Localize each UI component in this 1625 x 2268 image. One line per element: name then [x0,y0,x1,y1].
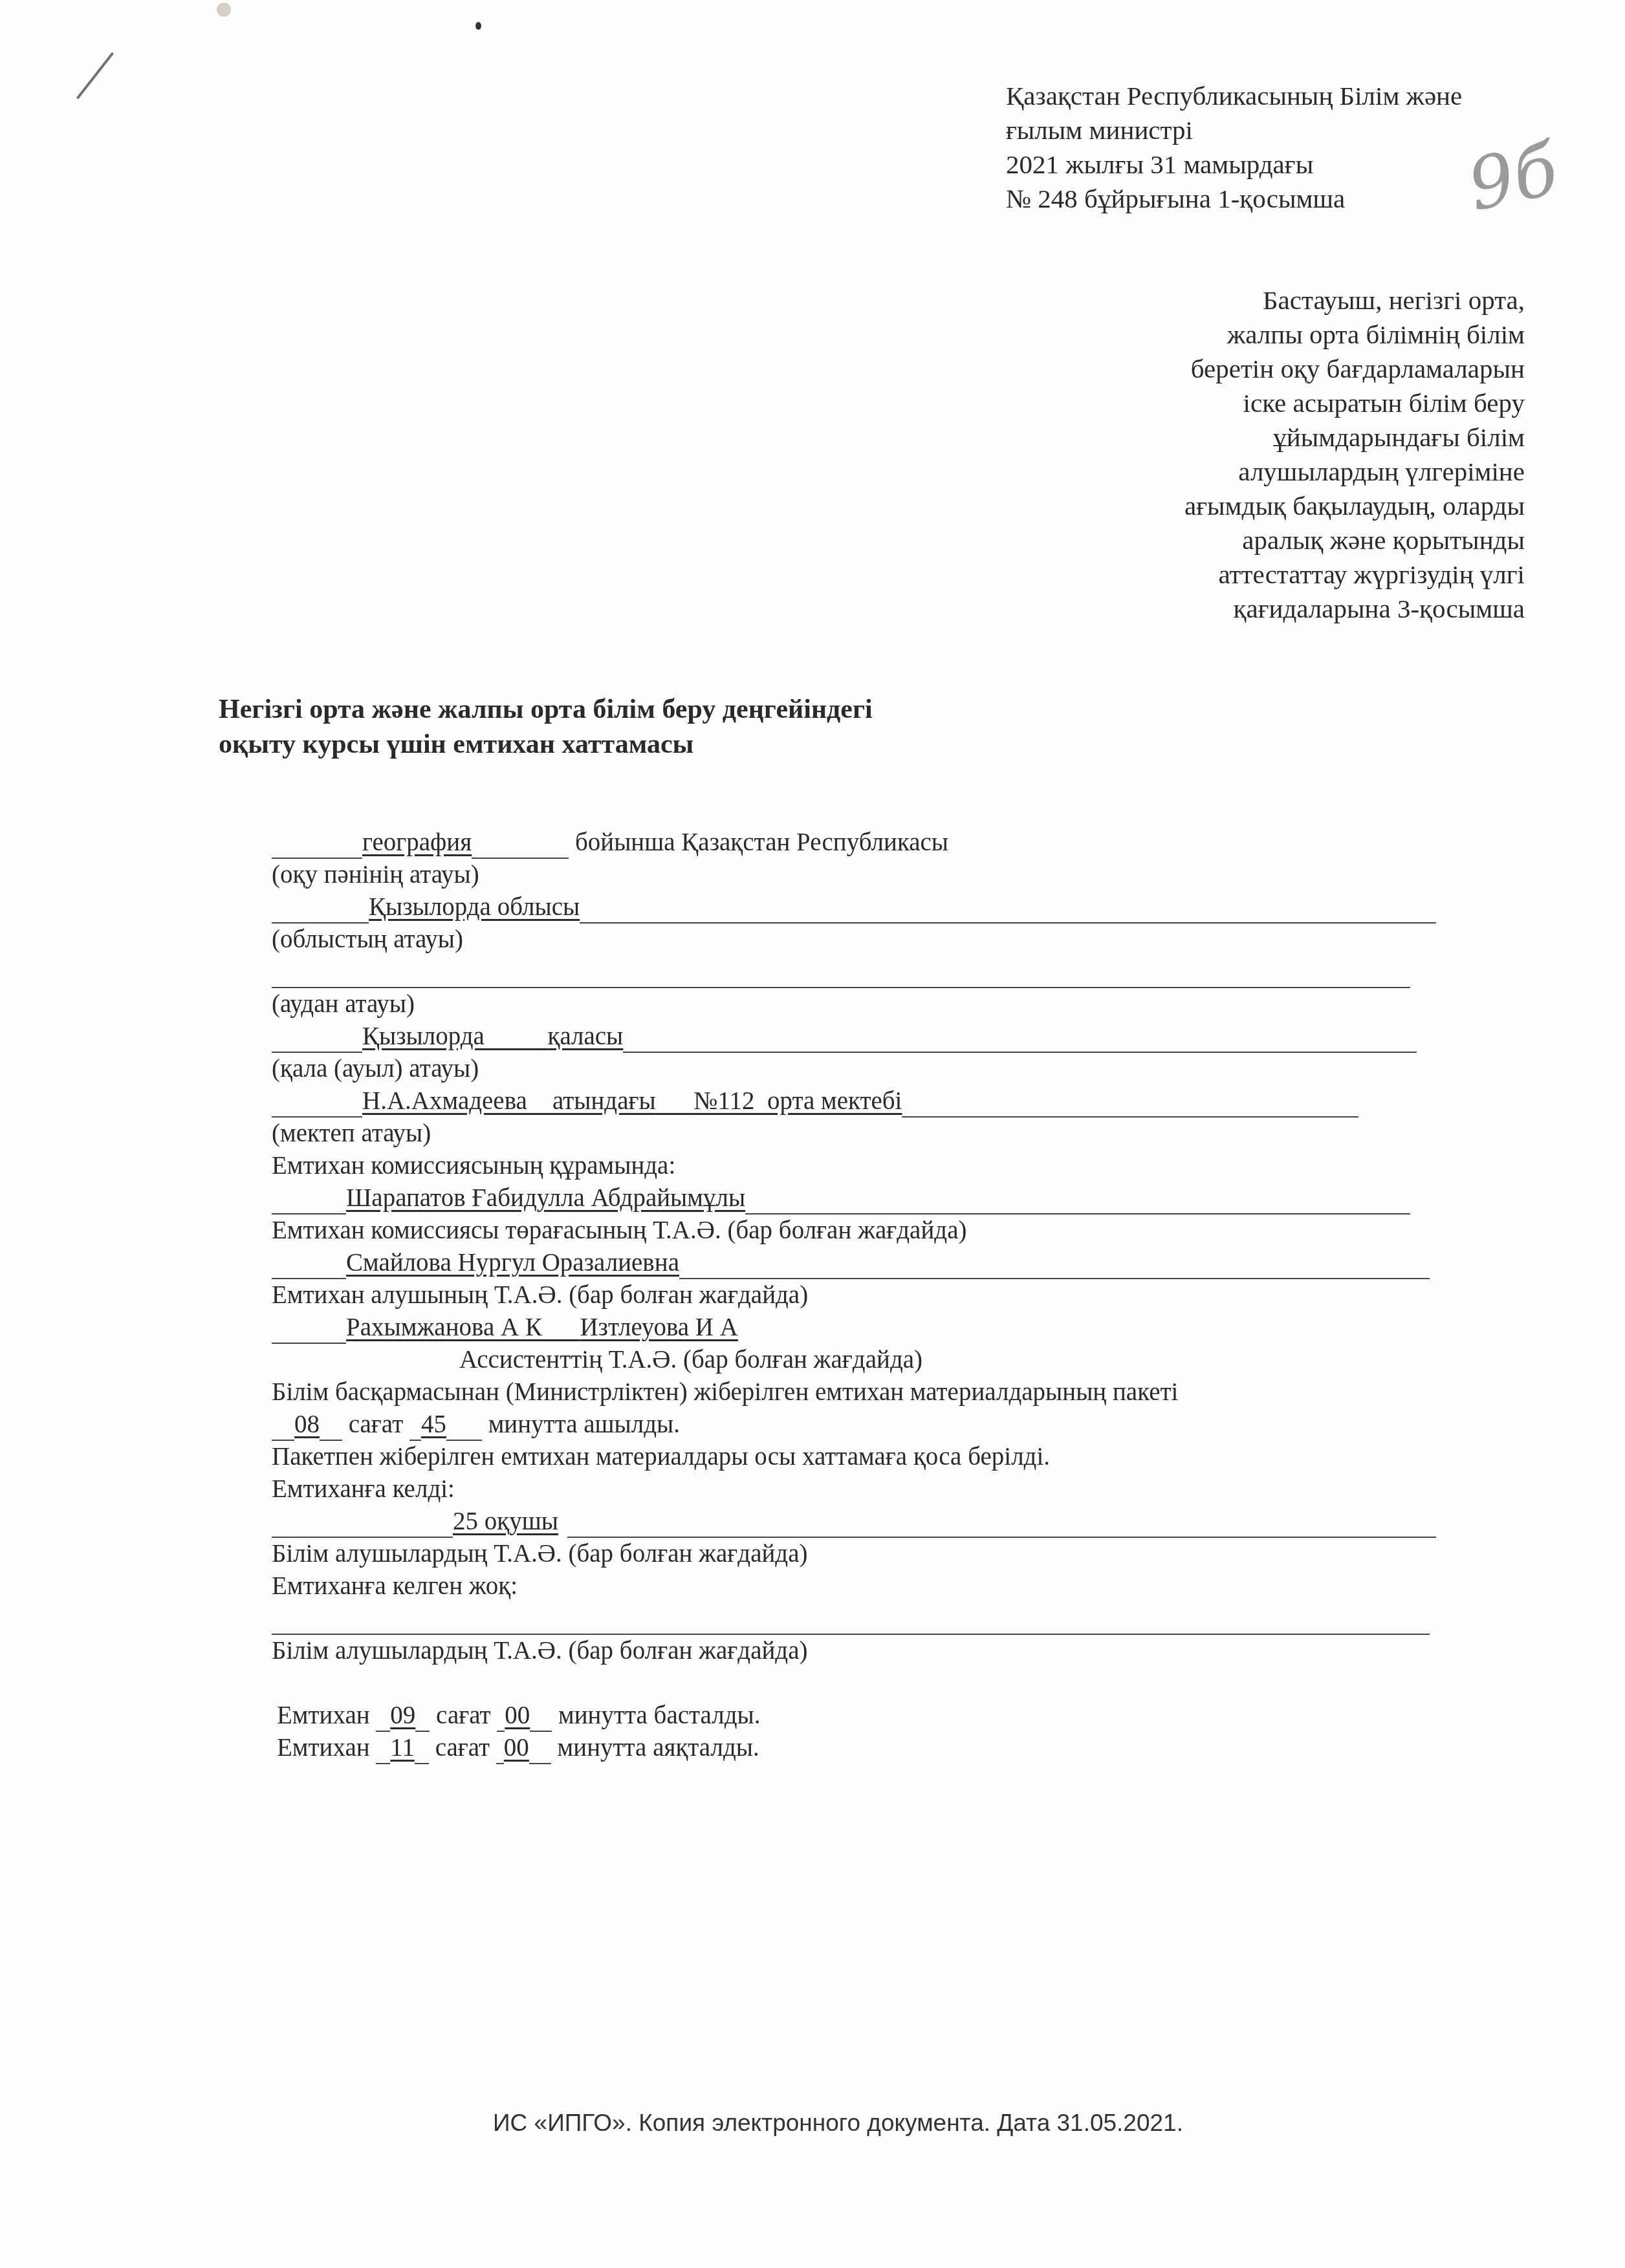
document-page: Қазақстан Республикасының Білім және ғыл… [0,0,1625,2268]
blank-line [272,1415,294,1441]
appendix-line: жалпы орта білімнің білім [1184,318,1525,352]
header-line: ғылым министрі [1006,113,1462,147]
blank-line [320,1415,342,1441]
blank-line [272,1189,346,1215]
chairman-label: Емтихан комиссиясы төрағасының Т.А.Ә. (б… [272,1215,1449,1247]
assistants-label: Ассистенттің Т.А.Ә. (бар болған жағдайда… [272,1344,1449,1376]
appendix-line: аралық және қорытынды [1184,523,1525,557]
appendix-line: аттестаттау жүргізудің үлгі [1184,557,1525,592]
exam-prefix: Емтихан [277,1701,370,1729]
exam-end-hour-field[interactable]: 11 [390,1734,415,1762]
school-name-part: №112 орта мектебі [693,1087,902,1115]
header-line: Қазақстан Республикасының Білім және [1006,79,1462,113]
subject-label: (оқу пәнінің атауы) [272,859,1449,891]
attended-label: Білім алушылардың Т.А.Ә. (бар болған жағ… [272,1538,1449,1570]
exam-start-minute-field[interactable]: 00 [505,1701,530,1729]
package-opened-row: 08 сағат 45 минутта ашылды. [272,1409,1449,1441]
subject-field[interactable]: география [362,828,472,856]
city-field[interactable]: Қызылорда қаласы [362,1021,623,1053]
exam-start-hour-field[interactable]: 09 [390,1701,415,1729]
package-minute-field[interactable]: 45 [421,1410,446,1438]
appendix-line: Бастауыш, негізгі орта, [1184,283,1525,318]
exam-protocol-form: география бойынша Қазақстан Республикасы… [272,826,1449,1764]
exam-start-row: Емтихан 09 сағат 00 минутта басталды. [272,1700,1449,1732]
hour-label: сағат [435,1734,490,1762]
blank-line [497,1706,505,1732]
school-field[interactable]: Н.А.Ахмадеева атындағы №112 орта мектебі [362,1085,902,1118]
city-name: Қызылорда [362,1022,485,1050]
appendix-reference: Бастауыш, негізгі орта, жалпы орта білім… [1184,283,1525,626]
examiner-row: Смайлова Нургул Оразалиевна [272,1247,1449,1279]
absent-field[interactable] [272,1609,1430,1635]
blank-line [415,1738,429,1764]
assistants-field[interactable]: Рахымжанова А К Изтлеуова И А [346,1313,738,1341]
package-text: Білім басқармасынан (Министрліктен) жібе… [272,1376,1449,1409]
city-row: Қызылорда қаласы [272,1021,1449,1053]
school-label: (мектеп атауы) [272,1118,1449,1150]
region-row: Қызылорда облысы [272,891,1449,923]
blank-line [529,1738,551,1764]
header-line: 2021 жылғы 31 мамырдағы [1006,147,1462,182]
blank-line [472,833,569,859]
appendix-line: қағидаларына 3-қосымша [1184,592,1525,626]
blank-line [580,898,1436,923]
blank-line [272,1092,362,1118]
district-row [272,956,1449,988]
attended-heading: Емтиханға келді: [272,1473,1449,1506]
region-field[interactable]: Қызылорда облысы [369,891,580,923]
blank-line [446,1415,482,1441]
attended-row: 25 оқушы [272,1506,1449,1538]
appendix-line: беретін оқу бағдарламаларын [1184,352,1525,386]
title-line-2: оқыту курсы үшін емтихан хаттамасы [219,727,873,762]
minute-label: минутта ашылды. [488,1410,680,1438]
blank-line [272,898,369,923]
blank-line [623,1027,1417,1053]
blank-line [409,1415,421,1441]
assistant-name: Рахымжанова А К [346,1313,542,1341]
absent-row [272,1603,1449,1635]
header-line: № 248 бұйрығына 1-қосымша [1006,182,1462,216]
appendix-line: ағымдық бақылаудың, оларды [1184,489,1525,523]
exam-prefix: Емтихан [277,1734,370,1762]
blank-line [272,833,362,859]
electronic-copy-footer: ИС «ИПГО». Копия электронного документа.… [493,2110,1183,2137]
appendix-line: алушылардың үлгеріміне [1184,455,1525,489]
scan-dot [475,22,481,30]
hour-label: сағат [349,1410,403,1438]
district-label: (аудан атауы) [272,988,1449,1021]
blank-line [272,1027,362,1053]
absent-label: Білім алушылардың Т.А.Ә. (бар болған жағ… [272,1635,1449,1667]
attended-field[interactable]: 25 оқушы [453,1506,558,1538]
school-name-part: атындағы [552,1087,656,1115]
appendix-line: іске асыратын білім беру [1184,386,1525,420]
ministry-order-header: Қазақстан Республикасының Білім және ғыл… [1006,79,1462,216]
assistant-name: Изтлеуова И А [580,1313,738,1341]
blank-line [272,1512,453,1538]
blank-line [530,1706,552,1732]
document-title: Негізгі орта және жалпы орта білім беру … [219,692,873,762]
blank-line [745,1189,1410,1215]
blank-line [415,1706,430,1732]
package-hour-field[interactable]: 08 [294,1410,320,1438]
absent-heading: Емтиханға келген жоқ: [272,1570,1449,1603]
materials-attached: Пакетпен жіберілген емтихан материалдары… [272,1441,1449,1473]
examiner-label: Емтихан алушының Т.А.Ә. (бар болған жағд… [272,1279,1449,1312]
assistants-row: Рахымжанова А К Изтлеуова И А [272,1312,1449,1344]
examiner-field[interactable]: Смайлова Нургул Оразалиевна [346,1247,679,1279]
minute-label: минутта басталды. [558,1701,760,1729]
blank-line [272,1318,346,1344]
subject-row: география бойынша Қазақстан Республикасы [272,826,1449,859]
blank-line [902,1092,1358,1118]
chairman-row: Шарапатов Ғабидулла Абдрайымұлы [272,1182,1449,1215]
title-line-1: Негізгі орта және жалпы орта білім беру … [219,692,873,727]
exam-end-minute-field[interactable]: 00 [504,1734,529,1762]
school-name-part: Н.А.Ахмадеева [362,1087,527,1115]
hour-label: сағат [436,1701,490,1729]
blank-line [679,1253,1430,1279]
scan-pen-mark [76,52,115,99]
handwritten-note: 9б [1461,127,1565,227]
district-field[interactable] [272,962,1410,988]
school-row: Н.А.Ахмадеева атындағы №112 орта мектебі [272,1085,1449,1118]
exam-end-row: Емтихан 11 сағат 00 минутта аяқталды. [272,1732,1449,1764]
region-label: (облыстың атауы) [272,923,1449,956]
city-type: қаласы [547,1022,623,1050]
blank-line [496,1738,504,1764]
subject-suffix: бойынша Қазақстан Республикасы [575,828,948,856]
blank-line [376,1738,390,1764]
appendix-line: ұйымдарындағы білім [1184,420,1525,455]
scan-dust [217,3,231,17]
minute-label: минутта аяқталды. [558,1734,759,1762]
chairman-field[interactable]: Шарапатов Ғабидулла Абдрайымұлы [346,1182,745,1215]
commission-heading: Емтихан комиссиясының құрамында: [272,1150,1449,1182]
blank-line [376,1706,390,1732]
blank-line [567,1512,1436,1538]
blank-line [272,1253,346,1279]
city-label: (қала (ауыл) атауы) [272,1053,1449,1085]
